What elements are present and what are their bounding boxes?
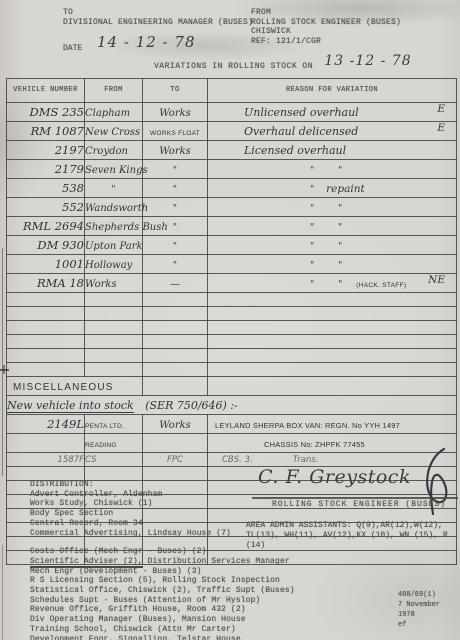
to-cell: "	[143, 255, 208, 274]
ditto-mark: "	[310, 261, 314, 271]
reason-text-2: Trans.	[293, 455, 319, 465]
date-line: DATE 14 - 12 - 78	[63, 36, 196, 54]
reason-cell: ""	[208, 255, 457, 274]
vehicle-number-cell: RM 1087	[7, 122, 85, 141]
table-row: RMA 18Works—""(HACK. STAFF)NE	[7, 274, 457, 293]
col-to: TO	[143, 79, 208, 103]
to-cell: "	[143, 160, 208, 179]
to-cell: Works	[143, 103, 208, 122]
reason-cell: Unlicensed overhaulE	[208, 103, 457, 122]
to-cell: Works	[143, 141, 208, 160]
table-row-empty	[7, 307, 457, 321]
reference-number: 408/69(1)	[398, 590, 460, 600]
empty-cell	[143, 321, 208, 335]
table-row: 552Wandsworth"""	[7, 198, 457, 217]
from-cell: Holloway	[85, 255, 143, 274]
empty-cell	[208, 335, 457, 349]
table-row: 2149LPENTA LTD,WorksLEYLAND SHERPA BOX V…	[7, 415, 457, 434]
reason-cell: ""	[208, 160, 457, 179]
distribution-line: Mech Engr (Development - Buses) (3)	[30, 567, 295, 577]
status-flag: NE	[428, 274, 445, 286]
empty-cell	[7, 467, 85, 481]
table-row-empty	[7, 293, 457, 307]
from-value: New Cross	[85, 127, 140, 138]
vehicle-number: RML 2694	[23, 219, 84, 233]
to-cell: "	[143, 236, 208, 255]
table-row: RM 1087New CrossWORKS FLOATOverhaul deli…	[7, 122, 457, 141]
distribution-section: DISTRIBUTION: Advert Controller, Aldenha…	[30, 480, 295, 640]
distribution-text: Training School, Chiswick (Attn Mr Carte…	[30, 625, 236, 634]
reason-text: LEYLAND SHERPA BOX VAN: REGN. No YYH 149…	[215, 421, 400, 430]
reason-text: Overhaul delicensed	[244, 125, 358, 138]
to-label: TO	[63, 8, 253, 18]
distribution-line: Scientific Adviser (2), Distribution Ser…	[30, 557, 295, 567]
empty-cell	[208, 349, 457, 363]
table-row: 2179Seven Kings"""	[7, 160, 457, 179]
ditto-mark: "	[338, 261, 342, 271]
empty-cell	[143, 363, 208, 377]
to-value: Works	[159, 420, 191, 431]
distribution-line: Revenue Office, Griffith House, Room 432…	[30, 605, 295, 615]
reason-cell: "repaint	[208, 179, 457, 198]
to-value: WORKS FLOAT	[150, 130, 200, 137]
ditto-mark: "	[338, 204, 342, 214]
table-row: 2197CroydonWorksLicensed overhaul	[7, 141, 457, 160]
ditto-mark: "	[310, 242, 314, 252]
from-cell: PENTA LTD,	[85, 415, 143, 434]
col-from: FROM	[85, 79, 143, 103]
distribution-line: Training School, Chiswick (Attn Mr Carte…	[30, 625, 295, 635]
to-value: FPC	[167, 455, 183, 465]
empty-cell	[208, 377, 457, 396]
table-row-empty	[7, 363, 457, 377]
to-cell: FPC	[143, 453, 208, 467]
from-value: "	[111, 185, 115, 195]
signature: C. F. Greystock	[258, 466, 411, 488]
distribution-line: Div Operating Manager (Buses), Mansion H…	[30, 615, 295, 625]
to-value: Works	[159, 108, 191, 119]
to-value: "	[173, 261, 177, 271]
to-cell: "	[143, 198, 208, 217]
from-value: Croydon	[85, 146, 128, 157]
area-admin-assistants: AREA ADMIN ASSISTANTS: Q(9),AR(12),W(12)…	[246, 521, 460, 550]
empty-cell	[85, 321, 143, 335]
to-cell: —	[143, 274, 208, 293]
miscellaneous-row: MISCELLANEOUS	[7, 377, 457, 396]
from-cell: CS	[85, 453, 143, 467]
from-value: ROLLING STOCK ENGINEER (BUSES)	[251, 18, 401, 28]
reason-cell: ""	[208, 217, 457, 236]
ditto-mark: "	[338, 223, 342, 233]
vehicle-number: DMS 235	[30, 105, 84, 119]
ditto-mark: "	[338, 280, 342, 290]
vehicle-number-cell: 552	[7, 198, 85, 217]
distribution-text: Mech Engr (Development - Buses) (3)	[30, 567, 202, 576]
from-location: CHISWICK	[251, 27, 401, 37]
reason-text: CHASSIS No: ZHPFK 77455	[264, 440, 365, 449]
vehicle-number: 1587F	[57, 455, 84, 465]
ditto-mark: "	[310, 185, 314, 195]
new-vehicle-cell: New vehicle into stock (SER 750/646) :-	[7, 396, 457, 415]
empty-cell	[143, 293, 208, 307]
distribution-text: Statistical Office, Chiswick (2), Traffi…	[30, 586, 295, 595]
table-row-empty	[7, 349, 457, 363]
to-value: Works	[159, 146, 191, 157]
table-row-empty	[7, 321, 457, 335]
table-row: 1587FCSFPCCBS. 3.Trans.	[7, 453, 457, 467]
from-value: Wandsworth	[85, 203, 148, 214]
empty-cell	[85, 467, 143, 481]
empty-cell	[143, 467, 208, 481]
distribution-list-2: Costs Office (Mech Engr - Buses) (2)Scie…	[30, 547, 295, 640]
from-label: FROM	[251, 8, 401, 18]
from-value: Holloway	[85, 260, 132, 271]
to-cell	[143, 434, 208, 453]
ref-line: REF: 121/1/CGR	[251, 37, 401, 47]
from-cell: New Cross	[85, 122, 143, 141]
empty-cell	[143, 377, 208, 396]
vehicle-number: 2179	[55, 162, 84, 176]
from-value: Seven Kings	[85, 165, 148, 176]
from-cell: Clapham	[85, 103, 143, 122]
table-row: READINGCHASSIS No: ZHPFK 77455	[7, 434, 457, 453]
reference-block: 408/69(1) 7 November 1978 ef	[398, 590, 460, 630]
to-block: TO DIVISIONAL ENGINEERING MANAGER (BUSES…	[63, 8, 253, 28]
reason-extra: (HACK. STAFF)	[356, 282, 406, 289]
distribution-line: R S Licensing Section (5), Rolling Stock…	[30, 576, 295, 586]
ditto-mark: "	[338, 166, 342, 176]
to-value: "	[173, 166, 177, 176]
from-cell: Seven Kings	[85, 160, 143, 179]
empty-cell	[7, 335, 85, 349]
from-value: Upton Park	[85, 241, 143, 252]
empty-cell	[7, 293, 85, 307]
to-value: "	[173, 185, 177, 195]
reason-cell: Overhaul delicensedE	[208, 122, 457, 141]
empty-cell	[143, 349, 208, 363]
empty-cell	[208, 363, 457, 377]
empty-cell	[7, 363, 85, 377]
vehicle-number-cell: RMA 18	[7, 274, 85, 293]
from-block: FROM ROLLING STOCK ENGINEER (BUSES) CHIS…	[251, 8, 401, 46]
document-title: VARIATIONS IN ROLLING STOCK ON 13 -12 - …	[154, 56, 412, 72]
distribution-title: DISTRIBUTION:	[30, 480, 295, 490]
vehicle-number: DM 930	[37, 238, 84, 252]
ditto-mark: "	[310, 280, 314, 290]
new-vehicle-ref: (SER 750/646) :-	[142, 399, 238, 412]
empty-cell	[7, 349, 85, 363]
from-cell: Upton Park	[85, 236, 143, 255]
distribution-line: Body Spec Section	[30, 509, 295, 519]
new-vehicle-label: New vehicle into stock	[7, 399, 134, 413]
from-cell: Croydon	[85, 141, 143, 160]
vehicle-number: 2197	[55, 143, 84, 157]
empty-cell	[85, 335, 143, 349]
ditto-mark: "	[310, 166, 314, 176]
signature-title: ROLLING STOCK ENGINEER (BUSES)	[272, 500, 446, 509]
vehicle-number: 1001	[55, 257, 84, 271]
vehicle-number-cell: 2197	[7, 141, 85, 160]
distribution-line: Schedules Supt - Buses (Attention of Mr …	[30, 596, 295, 606]
new-vehicle-row: New vehicle into stock (SER 750/646) :-	[7, 396, 457, 415]
from-cell: Shepherds Bush	[85, 217, 143, 236]
vehicle-number: 2149L	[47, 417, 84, 431]
distribution-line: Statistical Office, Chiswick (2), Traffi…	[30, 586, 295, 596]
empty-cell	[208, 293, 457, 307]
date-label: DATE	[63, 44, 82, 53]
margin-mark	[3, 365, 5, 374]
from-value: Shepherds Bush	[85, 222, 168, 233]
vehicle-number: 538	[62, 181, 84, 195]
ditto-mark: "	[338, 242, 342, 252]
from-value: READING	[85, 442, 117, 449]
vehicle-number-cell	[7, 434, 85, 453]
reason-cell: ""	[208, 198, 457, 217]
vehicle-number-cell: 538	[7, 179, 85, 198]
empty-cell	[208, 307, 457, 321]
empty-cell	[143, 307, 208, 321]
reason-text: Licensed overhaul	[244, 144, 346, 157]
table-header-row: VEHICLE NUMBER FROM TO REASON FOR VARIAT…	[7, 79, 457, 103]
from-value: CS	[85, 455, 97, 465]
vehicle-number: 552	[62, 200, 84, 214]
empty-cell	[85, 307, 143, 321]
status-flag: E	[437, 122, 445, 134]
col-vehicle-number: VEHICLE NUMBER	[7, 79, 85, 103]
empty-cell	[208, 321, 457, 335]
vehicle-number: RM 1087	[31, 124, 84, 138]
from-value: PENTA LTD,	[85, 423, 124, 430]
reason-text: CBS. 3.	[222, 455, 253, 465]
ditto-mark: "	[310, 204, 314, 214]
document-page: TO DIVISIONAL ENGINEERING MANAGER (BUSES…	[0, 0, 460, 640]
to-value: DIVISIONAL ENGINEERING MANAGER (BUSES)	[63, 18, 253, 28]
empty-cell	[7, 307, 85, 321]
table-row: 1001Holloway"""	[7, 255, 457, 274]
distribution-text: Revenue Office, Griffith House, Room 432…	[30, 605, 246, 614]
vehicle-number-cell: 2179	[7, 160, 85, 179]
empty-cell	[85, 293, 143, 307]
reason-cell: ""	[208, 236, 457, 255]
vehicle-number-cell: 1001	[7, 255, 85, 274]
title-date: 13 -12 - 78	[324, 53, 411, 69]
ditto-mark: "	[310, 223, 314, 233]
empty-cell	[85, 349, 143, 363]
date-value: 14 - 12 - 78	[97, 33, 195, 51]
distribution-text: Schedules Supt - Buses (Attention of Mr …	[30, 596, 260, 605]
vehicle-number: RMA 18	[37, 276, 84, 290]
distribution-text: Div Operating Manager (Buses), Mansion H…	[30, 615, 246, 624]
from-cell: Wandsworth	[85, 198, 143, 217]
distribution-line: Development Engr, Signalling, Telstar Ho…	[30, 635, 295, 640]
miscellaneous-cell: MISCELLANEOUS	[7, 377, 143, 396]
table-row: RML 2694Shepherds Bush"""	[7, 217, 457, 236]
distribution-line: Works Study, Chiswick (1)	[30, 499, 295, 509]
distribution-text: Costs Office (Mech Engr - Buses) (2)	[30, 547, 206, 556]
vehicle-number-cell: RML 2694	[7, 217, 85, 236]
scan-edge-artifact	[2, 545, 3, 640]
reason-cell: ""(HACK. STAFF)NE	[208, 274, 457, 293]
scan-edge-artifact	[2, 248, 3, 476]
miscellaneous-label: MISCELLANEOUS	[7, 382, 114, 393]
to-value: "	[173, 204, 177, 214]
empty-cell	[85, 363, 143, 377]
to-cell: WORKS FLOAT	[143, 122, 208, 141]
from-value: Clapham	[85, 108, 130, 119]
table-row-empty	[7, 335, 457, 349]
reason-text: Unlicensed overhaul	[244, 106, 359, 119]
to-cell: "	[143, 179, 208, 198]
table-row: DM 930Upton Park"""	[7, 236, 457, 255]
vehicle-number-cell: DM 930	[7, 236, 85, 255]
vehicle-number-cell: DMS 235	[7, 103, 85, 122]
empty-cell	[7, 321, 85, 335]
to-value: "	[173, 223, 177, 233]
title-text: VARIATIONS IN ROLLING STOCK ON	[154, 62, 313, 71]
from-value: Works	[85, 279, 117, 290]
distribution-text: Distribution Services Manager	[143, 557, 290, 566]
reason-cell: Licensed overhaul	[208, 141, 457, 160]
to-cell: Works	[143, 415, 208, 434]
from-cell: Works	[85, 274, 143, 293]
distribution-text: Development Engr, Signalling, Telstar Ho…	[30, 635, 241, 640]
to-value: —	[170, 279, 180, 290]
table-row: 538"""repaint	[7, 179, 457, 198]
typist-initials: ef	[398, 620, 460, 630]
vehicle-number-cell: 1587F	[7, 453, 85, 467]
col-reason: REASON FOR VARIATION	[208, 79, 457, 103]
table-row: DMS 235ClaphamWorksUnlicensed overhaulE	[7, 103, 457, 122]
signature-underline	[252, 497, 458, 499]
from-cell: READING	[85, 434, 143, 453]
reason-text-2: repaint	[326, 183, 365, 195]
vehicle-number-cell: 2149L	[7, 415, 85, 434]
footer-date: 7 November 1978	[398, 600, 460, 620]
reason-cell: LEYLAND SHERPA BOX VAN: REGN. No YYH 149…	[208, 415, 457, 434]
status-flag: E	[437, 103, 445, 115]
empty-cell	[143, 335, 208, 349]
from-cell: "	[85, 179, 143, 198]
to-value: "	[173, 242, 177, 252]
distribution-text: R S Licensing Section (5), Rolling Stock…	[30, 576, 280, 585]
